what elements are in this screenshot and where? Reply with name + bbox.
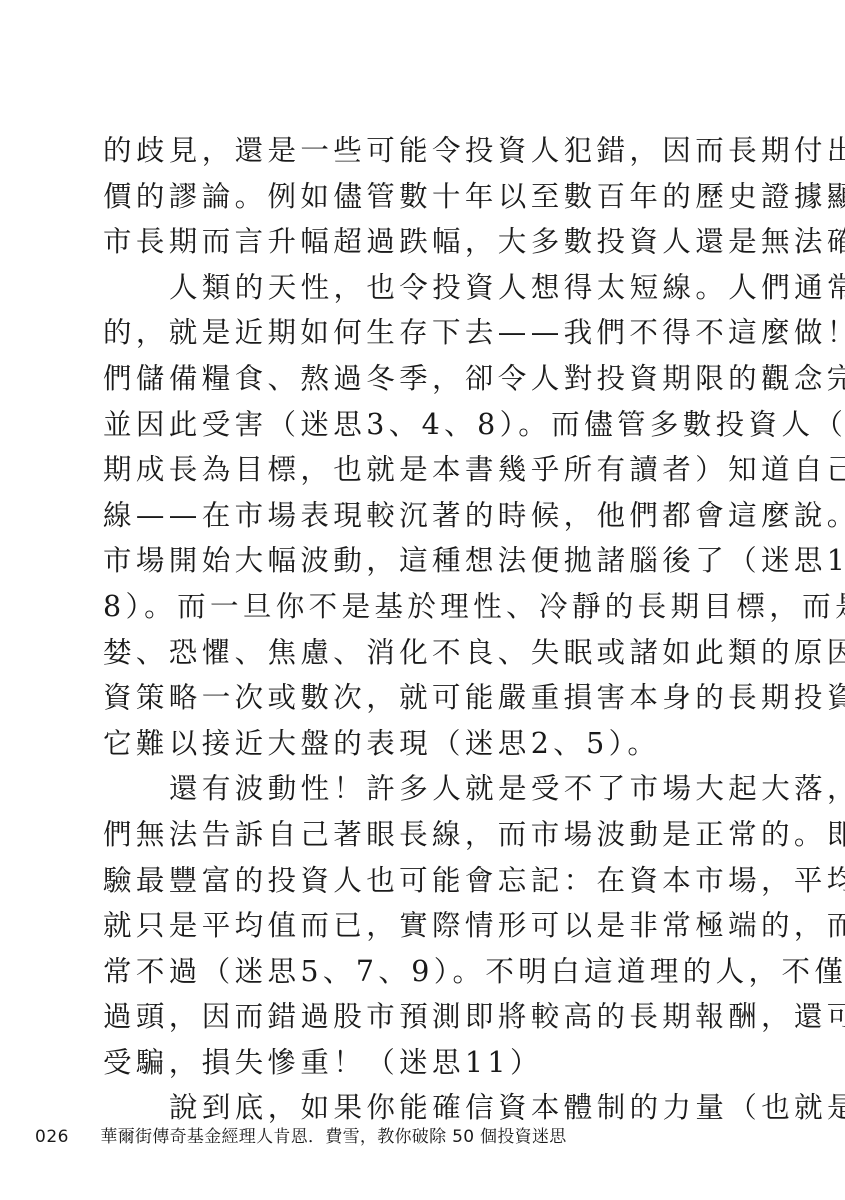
text-line: 常不過（迷思5、7、9）。不明白這道理的人，不僅可能緊張 [103, 949, 703, 995]
paragraph-1: 的歧見，還是一些可能令投資人犯錯，因而長期付出昂貴代 價的謬論。例如儘管數十年以… [103, 128, 703, 265]
running-title: 華爾街傳奇基金經理人肯恩．費雪，教你破除 50 個投資迷思 [100, 1122, 566, 1147]
text-line: 人類的天性，也令投資人想得太短線。人們通常念念不忘 [103, 265, 703, 311]
text-line: 市場開始大幅波動，這種想法便拋諸腦後了（迷思1、6、7、 [103, 538, 703, 584]
text-line: 8）。而一旦你不是基於理性、冷靜的長期目標，而是因為貪 [103, 584, 703, 630]
text-line: 們儲備糧食、熬過冬季，卻令人對投資期限的觀念完全錯誤， [103, 356, 703, 402]
text-line: 過頭，因而錯過股市預測即將較高的長期報酬，還可能上當 [103, 994, 703, 1040]
text-line: 的歧見，還是一些可能令投資人犯錯，因而長期付出昂貴代 [103, 128, 703, 174]
text-line: 受騙，損失慘重！（迷思11） [103, 1040, 703, 1086]
paragraph-3: 還有波動性！許多人就是受不了市場大起大落，因為他 們無法告訴自己著眼長線，而市場… [103, 766, 703, 1085]
text-line: 驗最豐富的投資人也可能會忘記：在資本市場，平均值真的 [103, 858, 703, 904]
text-line: 的，就是近期如何生存下去——我們不得不這麼做！這幫助我 [103, 310, 703, 356]
text-line: 並因此受害（迷思3、4、8）。而儘管多數投資人（那些以長 [103, 402, 703, 448]
text-line: 們無法告訴自己著眼長線，而市場波動是正常的。即便是經 [103, 812, 703, 858]
page-body: 的歧見，還是一些可能令投資人犯錯，因而長期付出昂貴代 價的謬論。例如儘管數十年以… [103, 128, 703, 1131]
text-line: 期成長為目標，也就是本書幾乎所有讀者）知道自己應著眼長 [103, 447, 703, 493]
paragraph-2: 人類的天性，也令投資人想得太短線。人們通常念念不忘 的，就是近期如何生存下去——… [103, 265, 703, 767]
text-line: 婪、恐懼、焦慮、消化不良、失眠或諸如此類的原因，改變投 [103, 630, 703, 676]
text-line: 就只是平均值而已，實際情形可以是非常極端的，而這再正 [103, 903, 703, 949]
text-line: 市長期而言升幅超過跌幅，大多數投資人還是無法確信。 [103, 219, 703, 265]
text-line: 線——在市場表現較沉著的時候，他們都會這麼說。然而一旦 [103, 493, 703, 539]
text-line: 它難以接近大盤的表現（迷思2、5）。 [103, 721, 703, 767]
text-line: 資策略一次或數次，就可能嚴重損害本身的長期投資報酬，令 [103, 675, 703, 721]
text-line: 還有波動性！許多人就是受不了市場大起大落，因為他 [103, 766, 703, 812]
page-footer: 026 華爾街傳奇基金經理人肯恩．費雪，教你破除 50 個投資迷思 [35, 1122, 567, 1147]
text-line: 價的謬論。例如儘管數十年以至數百年的歷史證據顯示，股 [103, 174, 703, 220]
page-number: 026 [35, 1127, 95, 1147]
